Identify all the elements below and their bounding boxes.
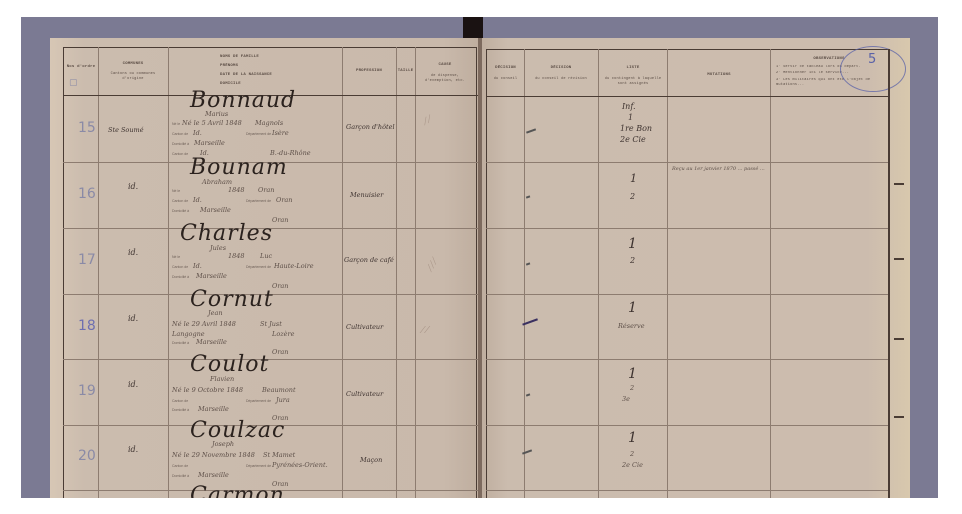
header-profession: PROFESSION [344,69,394,74]
header-decision-2-sub: du conseil de révision [526,77,596,82]
header-liste: LISTE [600,66,666,71]
domicile: Marseille [200,206,231,214]
domicile: Marseille [196,338,227,346]
label-departement: Département de [246,399,271,403]
birth-date: 1848 [228,252,245,260]
header-decision-sub: du conseil [488,77,523,82]
label-ne: Né le [172,189,180,193]
domicile: Marseille [194,139,225,147]
domicile: Marseille [196,272,227,280]
domicile: Marseille [198,471,229,479]
rule [342,47,343,498]
liste-value: 2 [630,256,635,265]
header-cause: CAUSE [417,63,473,68]
canton: Id. [193,129,202,137]
liste-value: 1 [630,172,637,185]
surname: Bounam [190,155,288,180]
label-canton: Canton de [172,399,188,403]
liste-value: 2 [630,192,635,201]
commune: id. [128,314,138,323]
rule [667,49,668,498]
label-domicile: Domicilié à [172,408,189,412]
label-domicile: Domicilié à [172,209,189,213]
department-2: Oran [272,216,289,224]
header-decision-2: DÉCISION [526,66,596,71]
birthplace: Luc [260,252,272,260]
rule [486,359,888,360]
label-departement: Département de [246,464,271,468]
header-cause-sub: de dispense, d'exemption, etc. [417,74,473,84]
header-identity-2: PRÉNOMS [220,64,238,69]
stamp-mark: ▢ [69,78,78,88]
department: Haute-Loire [274,262,314,270]
label-departement: Département de [246,132,271,136]
header-communes: COMMUNES [100,62,166,67]
header-taille: TAILLE [397,69,414,74]
faint-pencil-note: ⁄ ⁄ [422,326,428,336]
pencil-mark: 19 [78,383,96,399]
page-border-rule [888,49,890,498]
liste-value: 1 [628,113,633,122]
label-domicile: Domicilié à [172,341,189,345]
liste-value: 1 [628,236,637,252]
canton: Id. [193,262,202,270]
label-ne: Né le [172,122,180,126]
header-identity-3: DATE DE LA NAISSANCE [220,73,272,78]
department: Pyrénées-Orient. [272,461,328,469]
given-name: Abraham [202,178,232,186]
birthplace: Beaumont [262,386,296,394]
header-liste-sub: du contingent à laquelle sont assignés [600,77,666,87]
label-departement: Département de [246,265,271,269]
liste-value: 1re Bon [620,124,652,133]
commune: id. [128,182,138,191]
label-departement: Département de [246,199,271,203]
liste-value: 1 [628,300,637,316]
commune: id. [128,380,138,389]
liste-value: 2e Cie [622,461,643,469]
rule [524,49,525,498]
given-name: Joseph [212,440,234,448]
label-domicile: Domicilié à [172,142,189,146]
rule [63,359,478,360]
domicile: Marseille [198,405,229,413]
rule [396,47,397,498]
margin-tick [894,338,904,340]
birthplace: St Mamet [263,451,295,459]
department: Isère [272,129,289,137]
birth-date: Né le 29 Novembre 1848 [172,451,255,459]
label-canton: Canton de [172,199,188,203]
rule [598,49,599,498]
rule [415,47,416,498]
given-name: Jules [210,244,226,252]
birth-date: 1848 [228,186,245,194]
label-ne: Né le [172,255,180,259]
liste-value: 1 [628,430,637,446]
mutation-note: Reçu au 1er janvier 1870 ... passé ... [672,166,765,172]
right-page: DÉCISION du conseil DÉCISION du conseil … [482,38,910,498]
given-name: Jean [208,309,223,317]
pencil-mark: 18 [78,318,96,334]
right-table-frame [486,49,890,498]
profession: Garçon d'hôtel [346,123,395,131]
commune: id. [128,248,138,257]
profession: Garçon de café [344,256,394,264]
rule [98,47,99,498]
liste-value: Inf. [622,102,636,111]
label-domicile: Domicilié à [172,474,189,478]
label-canton: Canton de [172,464,188,468]
surname: Coulzac [190,418,285,443]
rule [168,47,169,498]
stamp-number: 5 [868,52,876,67]
profession: Cultivateur [346,390,383,398]
commune: id. [128,445,138,454]
birth-date: Né le 5 Avril 1848 [182,119,242,127]
liste-value: 2 [630,384,634,392]
header-identity-1: NOMS DE FAMILLE [220,55,259,60]
birthplace: Magnols [255,119,283,127]
label-canton: Canton de [172,132,188,136]
binding-tab [463,17,483,39]
liste-value: Réserve [618,322,645,330]
pencil-mark: 16 [78,186,96,202]
department-2: Oran [272,282,289,290]
profession: Menuisier [350,191,383,199]
register-book: Nos d'ordre COMMUNES Cantons ou communes… [50,38,910,498]
rule [486,162,888,163]
commune: Ste Soumé [108,126,144,134]
liste-value: 2 [630,450,634,458]
rule [486,228,888,229]
liste-value: 1 [628,366,637,382]
rule [770,49,771,498]
surname: Cornut [190,287,274,312]
rule [486,294,888,295]
birthplace: St Just [260,320,282,328]
canton: Langogne [172,330,205,338]
pencil-mark: 15 [78,120,96,136]
margin-tick [894,258,904,260]
margin-tick [894,416,904,418]
label-canton: Canton de [172,265,188,269]
left-page: Nos d'ordre COMMUNES Cantons ou communes… [50,38,478,498]
label-canton: Canton de [172,152,188,156]
header-identity-4: DOMICILE [220,82,241,87]
margin-tick [894,183,904,185]
liste-value: 3e [622,395,630,403]
department: Lozère [272,330,294,338]
birth-date: Né le 9 Octobre 1848 [172,386,243,394]
rule [486,96,888,97]
birthplace: Oran [258,186,275,194]
rule [486,490,888,491]
label-domicile: Domicilié à [172,275,189,279]
profession: Maçon [360,456,382,464]
surname: Carmon [190,483,285,498]
header-communes-sub: Cantons ou communes d'origine [100,72,166,82]
pencil-mark: 20 [78,448,96,464]
canton: Id. [193,196,202,204]
department: Jura [276,396,290,404]
given-name: Flavien [210,375,234,383]
surname: Coulot [190,352,269,377]
department-2: Oran [272,348,289,356]
profession: Cultivateur [346,323,383,331]
header-decision: DÉCISION [488,66,523,71]
header-number: Nos d'ordre [65,65,97,70]
department: Oran [276,196,293,204]
surname: Charles [180,221,273,246]
pencil-mark: 17 [78,252,96,268]
liste-value: 2e Cie [620,135,646,144]
rule [486,425,888,426]
header-mutations: MUTATIONS [670,73,768,78]
birth-date: Né le 29 Avril 1848 [172,320,236,328]
given-name: Marius [205,110,228,118]
